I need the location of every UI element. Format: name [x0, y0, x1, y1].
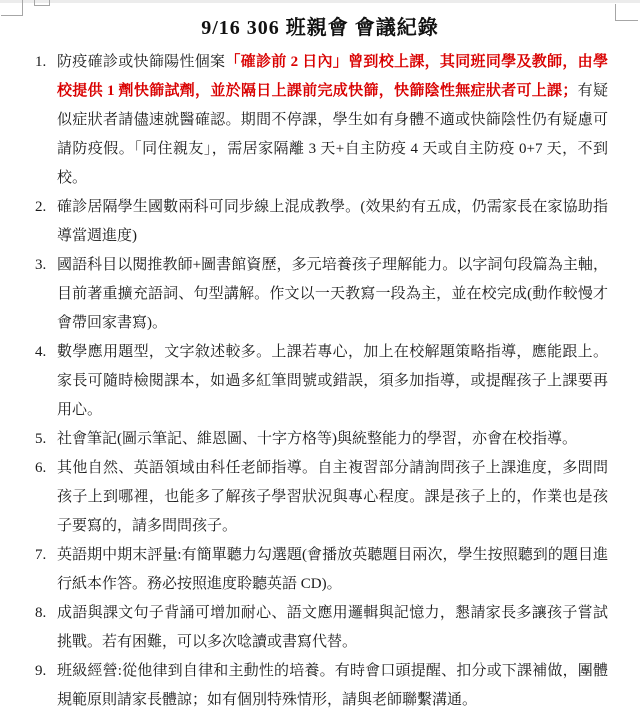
margin-crop-mark-top-left	[1, 0, 23, 16]
item-number: 9.	[35, 657, 57, 715]
minutes-item-8: 8. 成語與課文句子背誦可增加耐心、語文應用邏輯與記憶力，懇請家長多讓孩子嘗試挑…	[35, 599, 608, 657]
minutes-item-4: 4. 數學應用題型，文字敘述較多。上課若專心，加上在校解題策略指導，應能跟上。家…	[35, 338, 608, 425]
item-text: 英語期中期末評量:有簡單聽力勾選題(會播放英聽題目兩次，學生按照聽到的題目進行紙…	[57, 541, 608, 599]
item-number: 8.	[35, 599, 57, 657]
window-top-edge	[0, 0, 640, 3]
item-text: 班級經營:從他律到自律和主動性的培養。有時會口頭提醒、扣分或下課補做，團體規範原…	[57, 657, 608, 715]
minutes-item-6: 6. 其他自然、英語領域由科任老師指導。自主複習部分請詢問孩子上課進度，多問問孩…	[35, 454, 608, 541]
minutes-item-7: 7. 英語期中期末評量:有簡單聽力勾選題(會播放英聽題目兩次，學生按照聽到的題目…	[35, 541, 608, 599]
document-page: 9/16 306 班親會 會議紀錄 1. 防疫確診或快篩陽性個案「確診前 2 日…	[0, 0, 640, 722]
item-number: 7.	[35, 541, 57, 599]
item-text: 其他自然、英語領域由科任老師指導。自主複習部分請詢問孩子上課進度，多問問孩子上到…	[57, 454, 608, 541]
item-1-black-segment: 防疫確診或快篩陽性個案	[57, 54, 225, 70]
minutes-item-2: 2. 確診居隔學生國數兩科可同步線上混成教學。(效果約有五成，仍需家長在家協助指…	[35, 193, 608, 251]
item-number: 1.	[35, 48, 57, 193]
minutes-item-5: 5. 社會筆記(圖示筆記、維恩圖、十字方格等)與統整能力的學習，亦會在校指導。	[35, 425, 608, 454]
item-number: 5.	[35, 425, 57, 454]
item-text: 數學應用題型，文字敘述較多。上課若專心，加上在校解題策略指導，應能跟上。家長可隨…	[57, 338, 608, 425]
top-edge-marker	[34, 0, 50, 6]
minutes-item-1: 1. 防疫確診或快篩陽性個案「確診前 2 日內」曾到校上課，其同班同學及教師，由…	[35, 48, 608, 193]
item-text: 成語與課文句子背誦可增加耐心、語文應用邏輯與記憶力，懇請家長多讓孩子嘗試挑戰。若…	[57, 599, 608, 657]
item-number: 3.	[35, 251, 57, 338]
meeting-minutes-list: 1. 防疫確診或快篩陽性個案「確診前 2 日內」曾到校上課，其同班同學及教師，由…	[0, 48, 640, 715]
item-text: 確診居隔學生國數兩科可同步線上混成教學。(效果約有五成，仍需家長在家協助指導當週…	[57, 193, 608, 251]
item-number: 2.	[35, 193, 57, 251]
item-text: 國語科目以閱推教師+圖書館資歷，多元培養孩子理解能力。以字詞句段篇為主軸，目前著…	[57, 251, 608, 338]
item-text: 防疫確診或快篩陽性個案「確診前 2 日內」曾到校上課，其同班同學及教師，由學校提…	[57, 48, 608, 193]
margin-crop-mark-top-right	[615, 4, 638, 21]
item-number: 6.	[35, 454, 57, 541]
minutes-item-9: 9. 班級經營:從他律到自律和主動性的培養。有時會口頭提醒、扣分或下課補做，團體…	[35, 657, 608, 715]
item-number: 4.	[35, 338, 57, 425]
minutes-item-3: 3. 國語科目以閱推教師+圖書館資歷，多元培養孩子理解能力。以字詞句段篇為主軸，…	[35, 251, 608, 338]
page-title: 9/16 306 班親會 會議紀錄	[0, 0, 640, 43]
item-text: 社會筆記(圖示筆記、維恩圖、十字方格等)與統整能力的學習，亦會在校指導。	[57, 425, 608, 454]
